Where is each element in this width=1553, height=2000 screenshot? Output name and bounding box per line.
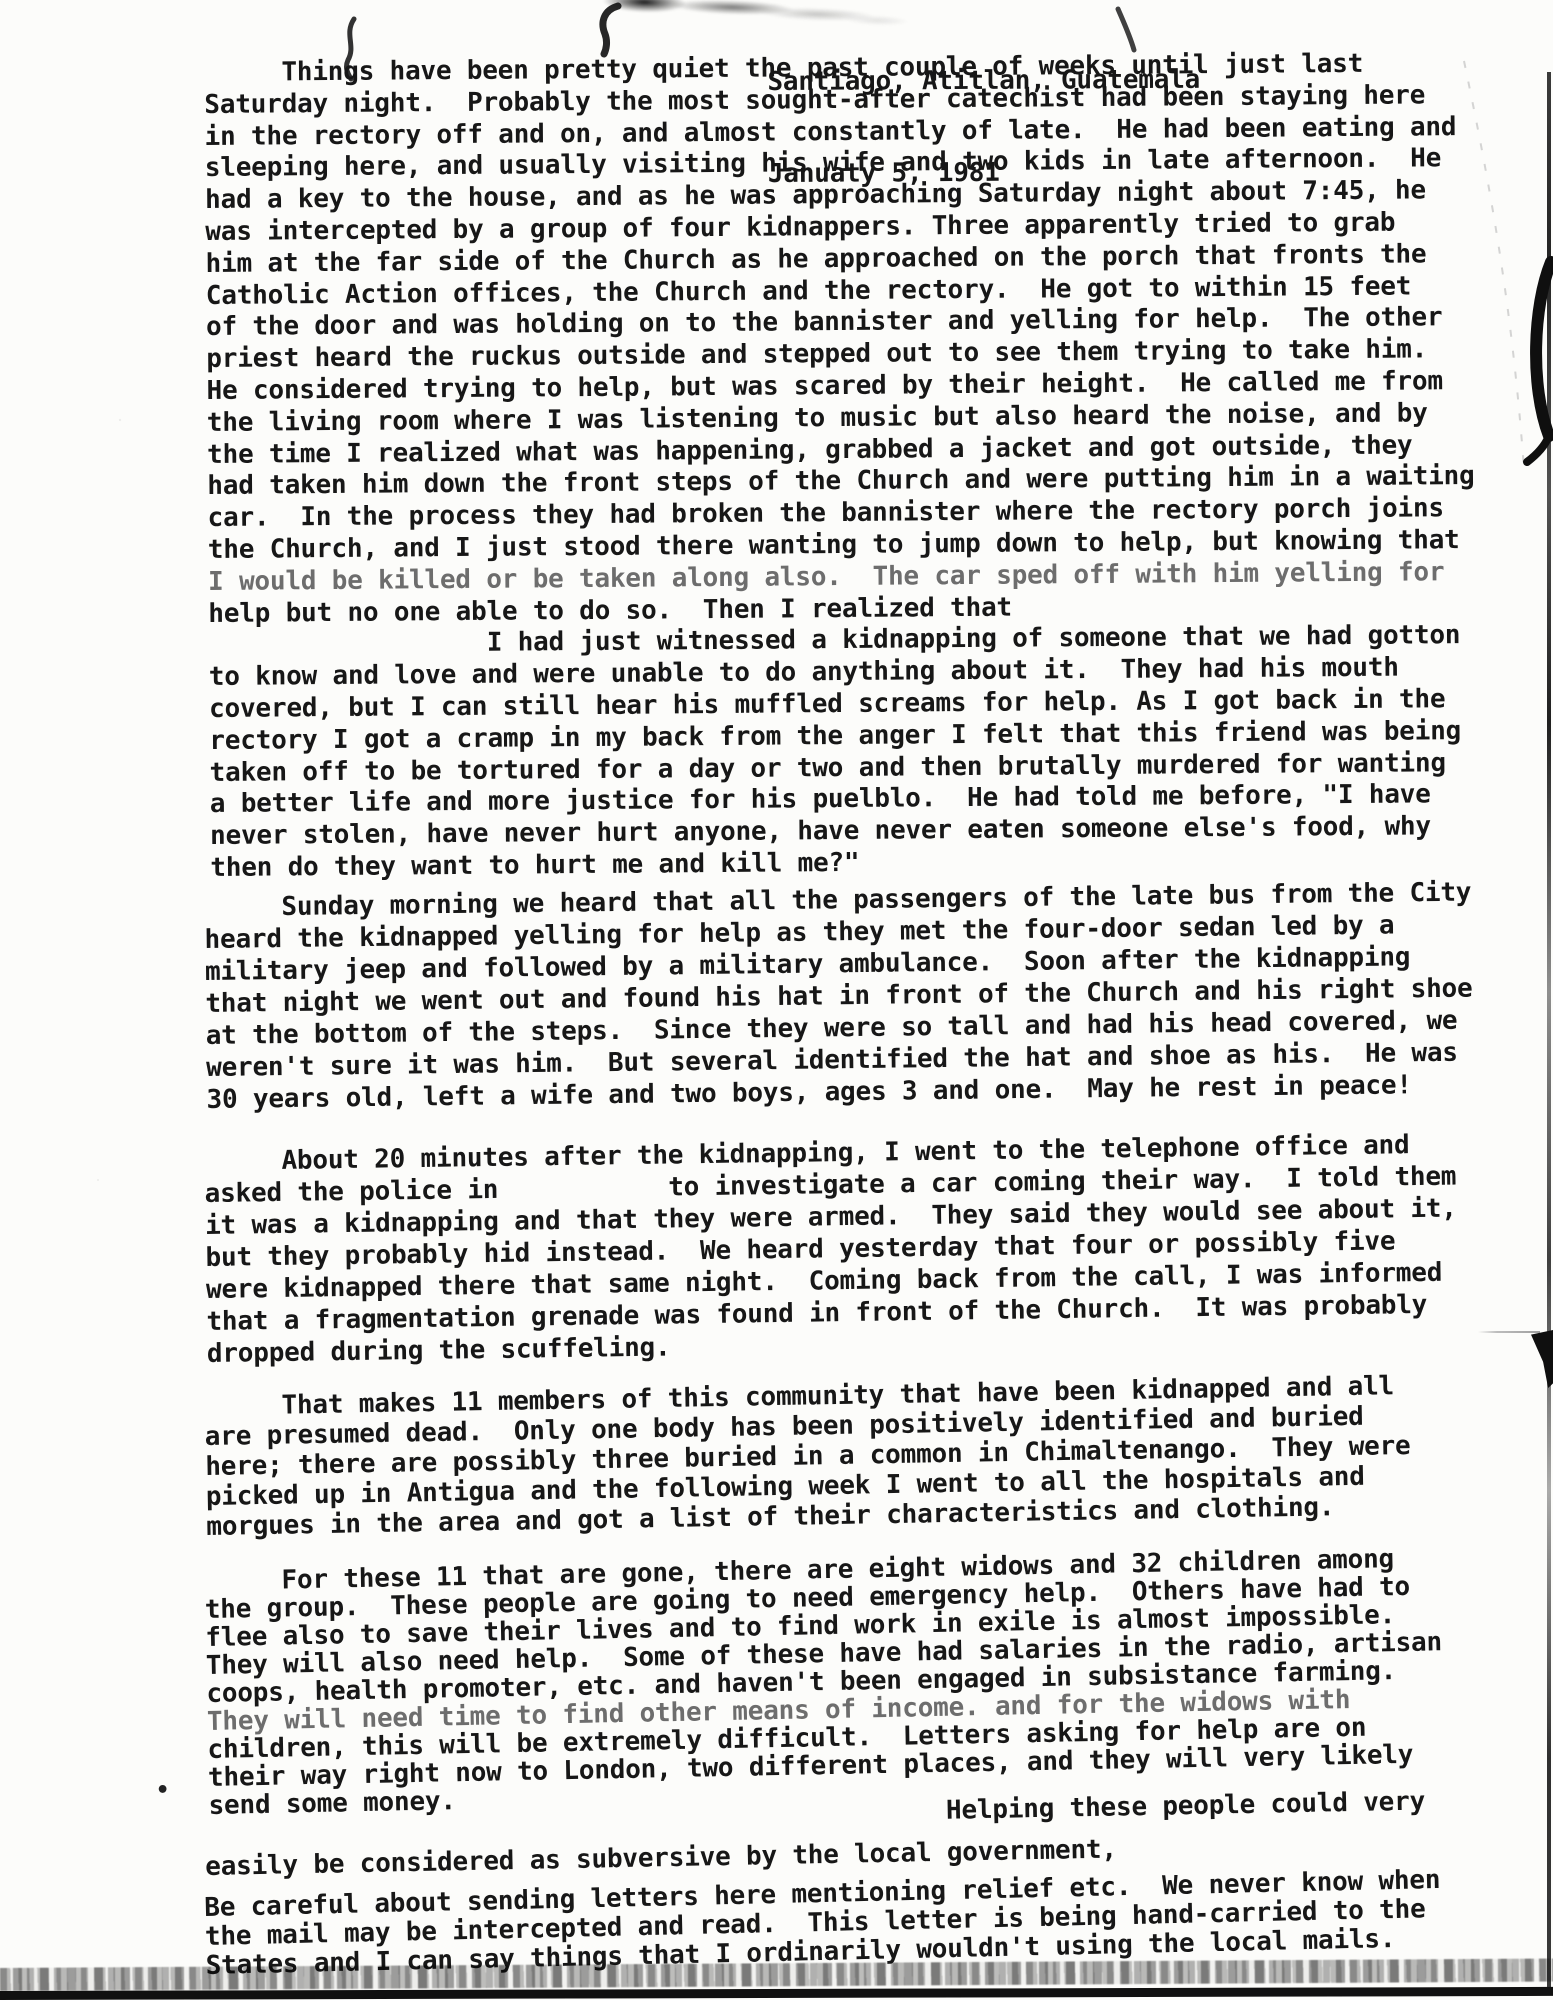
letter-body: Things have been pretty quiet the past c… [204,58,1534,1981]
paragraph-eleven-members: That makes 11 members of this community … [204,1369,1536,1542]
paragraph-widows-children: For these 11 that are gone, there are ei… [204,1542,1539,1819]
scan-edge-mark [1531,1330,1553,1388]
scan-edge-mark [1513,256,1553,471]
paragraph-police-call: About 20 minutes after the kidnapping, I… [204,1127,1537,1370]
paragraph-sunday-morning: Sunday morning we heard that all the pas… [204,875,1537,1115]
document-page: Santiago, Atitlan, Guatemala Januaty 5, … [0,0,1553,2000]
paragraph-kidnapping-account: Things have been pretty quiet the past c… [204,48,1540,885]
margin-bullet: • [156,1778,169,1803]
